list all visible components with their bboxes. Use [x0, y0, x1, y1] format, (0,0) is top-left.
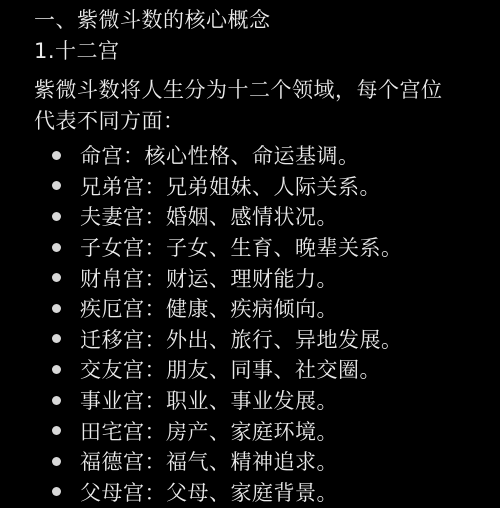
intro-paragraph-line-2: 代表不同方面： [34, 106, 185, 136]
list-item-text: 田宅宫：房产、家庭环境。 [80, 416, 338, 446]
list-item-text: 夫妻宫：婚姻、感情状况。 [80, 201, 338, 231]
bullet-icon [52, 273, 61, 282]
intro-paragraph-line-1: 紫微斗数将人生分为十二个领域，每个宫位 [34, 75, 443, 105]
list-item-text: 福德宫：福气、精神追求。 [80, 446, 338, 476]
list-item-text: 迁移宫：外出、旅行、异地发展。 [80, 324, 403, 354]
list-item-text: 命宫：核心性格、命运基调。 [80, 140, 360, 170]
bullet-icon [52, 181, 61, 190]
subsection-title: 1.十二宫 [34, 36, 120, 66]
bullet-icon [52, 304, 61, 313]
bullet-icon [52, 212, 61, 221]
list-item-text: 财帛宫：财运、理财能力。 [80, 263, 338, 293]
list-item-text: 父母宫：父母、家庭背景。 [80, 477, 338, 507]
bullet-icon [52, 426, 61, 435]
document: 一、紫微斗数的核心概念 1.十二宫 紫微斗数将人生分为十二个领域，每个宫位 代表… [0, 0, 500, 508]
list-item-text: 事业宫：职业、事业发展。 [80, 385, 338, 415]
bullet-icon [52, 151, 61, 160]
bullet-icon [52, 487, 61, 496]
list-item-text: 交友宫：朋友、同事、社交圈。 [80, 354, 381, 384]
bullet-icon [52, 334, 61, 343]
list-item-text: 兄弟宫：兄弟姐妹、人际关系。 [80, 171, 381, 201]
bullet-icon [52, 396, 61, 405]
bullet-icon [52, 457, 61, 466]
section-title: 一、紫微斗数的核心概念 [34, 5, 271, 35]
bullet-icon [52, 365, 61, 374]
list-item-text: 疾厄宫：健康、疾病倾向。 [80, 293, 338, 323]
bullet-icon [52, 243, 61, 252]
list-item-text: 子女宫：子女、生育、晚辈关系。 [80, 232, 403, 262]
